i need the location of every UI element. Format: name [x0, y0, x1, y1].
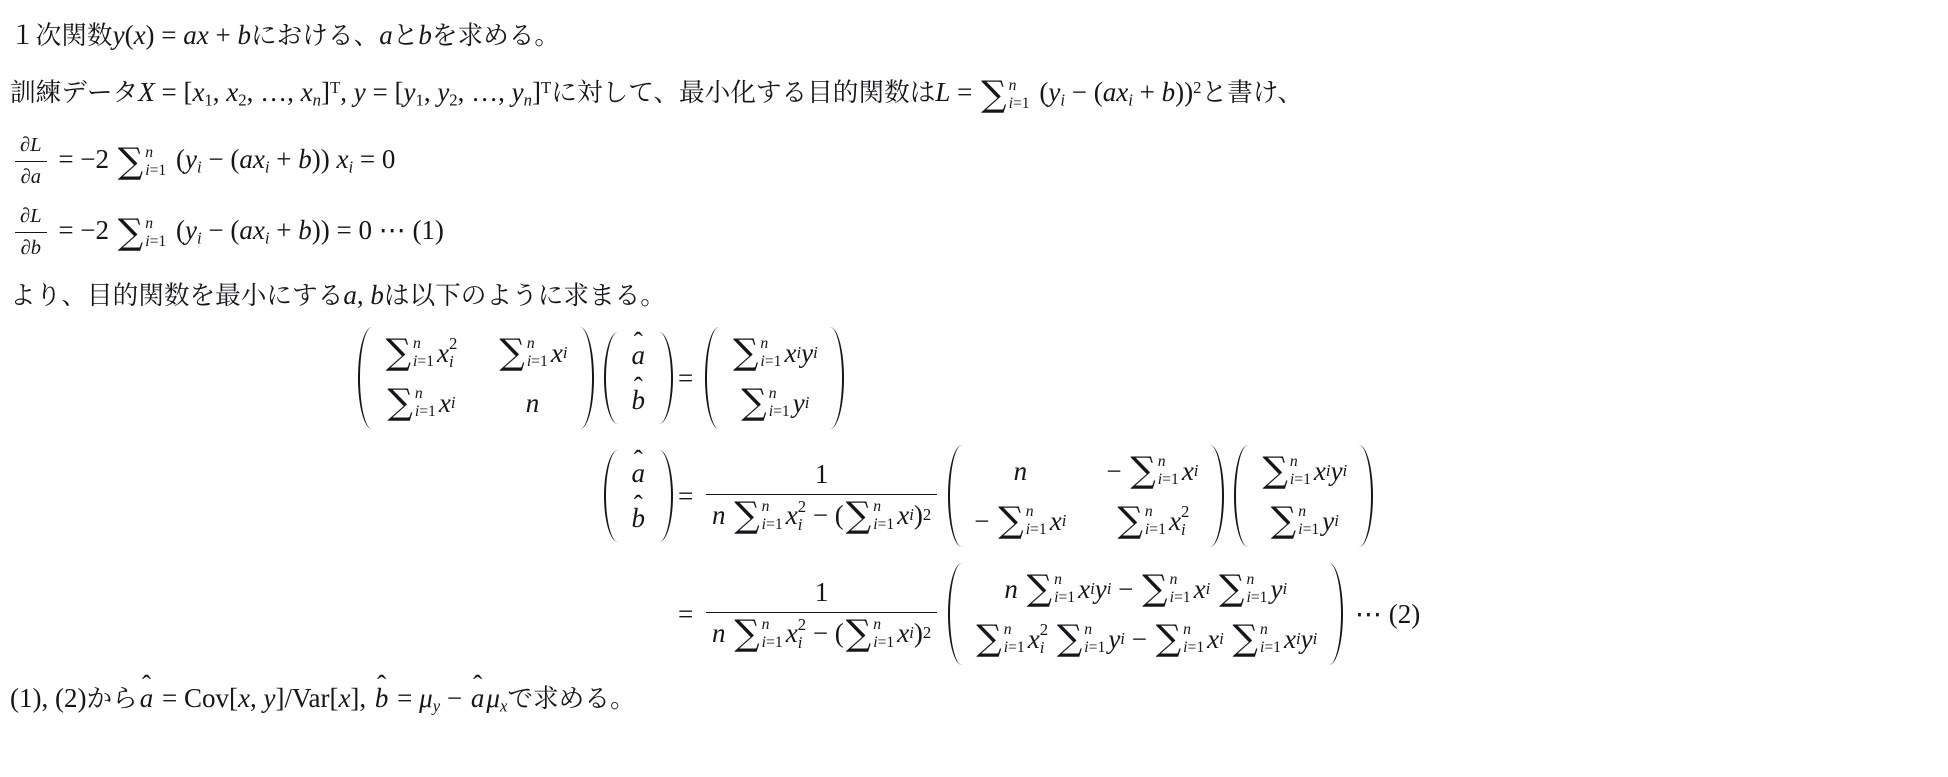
equation-row-inverse-solution: ˆaˆb = 1n ∑ni=1x2i − (∑ni=1xi)2n− ∑ni=1x… — [10, 445, 1928, 547]
column-vector: ˆaˆb — [604, 332, 674, 424]
math-supsub-stack: 2i — [449, 335, 457, 370]
math-roman — [725, 499, 732, 533]
sigma-glyph: ∑ — [1262, 454, 1287, 488]
fraction-denominator: ∂b — [15, 232, 47, 262]
equation-partial-derivative-a: ∂L∂a = −2 ∑ni=1 (yi − (axi + b)) xi = 0 — [10, 133, 1928, 190]
math-variable: x — [786, 617, 798, 651]
sum-index-start: =1 — [1174, 589, 1191, 607]
right-paren — [659, 332, 673, 424]
sum-index-start: =1 — [773, 403, 790, 421]
equation-lhs: ∑ni=1x2i∑ni=1xi∑ni=1xinˆaˆb — [10, 327, 678, 429]
math-variable: x — [1284, 624, 1296, 655]
math-variable: L — [30, 204, 41, 230]
math-variable: y — [113, 20, 125, 50]
matrix-cell: ∑ni=1xi — [497, 335, 567, 371]
math-variable: n — [526, 388, 540, 419]
math-variable: x — [1194, 574, 1206, 605]
math-variable: b — [418, 20, 432, 50]
sum-upper-limit: n — [762, 616, 770, 634]
math-subscript: i — [1181, 521, 1186, 539]
sum-upper-limit: n — [415, 385, 423, 403]
sigma-glyph: ∑ — [734, 617, 759, 651]
math-roman: − ( — [202, 144, 240, 174]
hat-accent: ˆ — [142, 668, 151, 703]
math-subscript: 2 — [238, 91, 246, 110]
sum-lower-limit: i=1 — [1246, 589, 1267, 607]
math-superscript: 2 — [1040, 621, 1048, 639]
math-roman: = [ — [155, 77, 193, 107]
summation-symbol: ∑ni=1 — [118, 215, 166, 251]
math-variable: x — [897, 499, 909, 533]
math-roman: ]/Var[ — [275, 683, 338, 713]
sum-lower-limit: i=1 — [1183, 639, 1204, 657]
sum-upper-limit: n — [1170, 571, 1178, 589]
sum-index-start: =1 — [765, 353, 782, 371]
math-roman: , — [340, 77, 354, 107]
math-roman: = — [678, 363, 700, 394]
math-roman: , …, — [458, 77, 512, 107]
math-variable: y — [185, 144, 197, 174]
right-paren — [580, 327, 594, 429]
fraction-denominator: n ∑ni=1x2i − (∑ni=1xi)2 — [706, 612, 937, 652]
sum-limits: ni=1 — [1183, 621, 1204, 657]
math-roman: − ( — [806, 617, 844, 651]
math-roman — [1224, 624, 1231, 655]
math-roman: = — [678, 599, 700, 630]
math-roman: ] — [321, 77, 330, 107]
matrix-cell: ∑ni=1xiyi — [731, 335, 818, 371]
matrix-grid: ˆaˆb — [618, 450, 660, 542]
math-variable: b — [31, 236, 41, 262]
sum-lower-limit: i=1 — [1145, 521, 1166, 539]
sum-index-start: =1 — [1058, 589, 1075, 607]
sigma-glyph: ∑ — [733, 336, 758, 370]
hat-accent: ˆ — [634, 327, 643, 358]
sum-index-start: =1 — [878, 634, 895, 652]
sum-lower-limit: i=1 — [1158, 471, 1179, 489]
text-run: 訓練データ — [10, 79, 138, 107]
hatted-variable: ˆa — [471, 681, 485, 716]
sum-index-start: =1 — [1149, 521, 1166, 539]
sigma-glyph: ∑ — [387, 386, 412, 420]
math-variable: x — [1169, 506, 1181, 537]
sum-limits: ni=1 — [1290, 453, 1311, 489]
fraction-numerator: 1 — [809, 458, 835, 494]
matrix-grid: ∑ni=1xiyi∑ni=1yi — [1248, 445, 1359, 547]
sum-limits: ni=1 — [1054, 571, 1075, 607]
math-variable: n — [1014, 456, 1028, 487]
sum-limits: ni=1 — [413, 335, 434, 371]
math-notes-document: １次関数y(x) = ax + bにおける、aとbを求める。 訓練データX = … — [0, 0, 1948, 777]
matrix-cell: n — [526, 388, 540, 419]
sum-index-start: =1 — [531, 353, 548, 371]
math-variable: x — [1207, 624, 1219, 655]
sum-lower-limit: i=1 — [145, 233, 166, 251]
fraction-numerator: ∂L — [14, 204, 48, 232]
sum-lower-limit: i=1 — [1026, 521, 1047, 539]
matrix-cell: ∑ni=1yi — [739, 385, 809, 421]
math-subscript: n — [313, 91, 321, 110]
text-run: で求める。 — [507, 685, 635, 713]
math-roman: = — [950, 77, 979, 107]
math-variable: b — [237, 20, 251, 50]
math-variable: y — [354, 77, 366, 107]
sigma-glyph: ∑ — [499, 336, 524, 370]
math-roman: ( — [169, 144, 185, 174]
column-vector: ˆaˆb — [604, 450, 674, 542]
summation-symbol: ∑ni=1 — [976, 621, 1024, 657]
line-transition: より、目的関数を最小にするa, bは以下のように求まる。 — [10, 278, 1928, 313]
math-superscript: T — [330, 78, 340, 97]
math-variable: ax — [239, 144, 264, 174]
math-roman: ∂ — [20, 204, 30, 230]
line-problem-statement: １次関数y(x) = ax + bにおける、aとbを求める。 — [10, 18, 1928, 53]
text-run: １次関数 — [10, 22, 113, 50]
summation-symbol: ∑ni=1 — [733, 335, 781, 371]
summation-symbol: ∑ni=1 — [1027, 571, 1075, 607]
text-run: に対して、最小化する目的関数は — [551, 79, 935, 107]
sum-limits: ni=1 — [1170, 571, 1191, 607]
sum-limits: ni=1 — [527, 335, 548, 371]
math-subscript: i — [798, 634, 803, 652]
left-paren — [705, 327, 719, 429]
matrix-cell: n — [1014, 456, 1028, 487]
math-roman: )) — [312, 144, 337, 174]
summation-symbol: ∑ni=1 — [1156, 621, 1204, 657]
math-variable: y — [793, 388, 805, 419]
sum-upper-limit: n — [1084, 621, 1092, 639]
math-variable: n — [712, 499, 726, 533]
math-variable: ax — [1103, 77, 1128, 107]
matrix-cell: − ∑ni=1xi — [1106, 453, 1198, 489]
text-run: と — [393, 22, 419, 50]
sum-index-start: =1 — [150, 162, 167, 180]
left-paren — [604, 332, 618, 424]
sigma-glyph: ∑ — [1057, 622, 1082, 656]
math-superscript: T — [541, 78, 551, 97]
math-variable: y — [185, 215, 197, 245]
sum-lower-limit: i=1 — [527, 353, 548, 371]
sum-limits: ni=1 — [1009, 77, 1030, 113]
math-subscript: 1 — [204, 91, 212, 110]
left-paren — [604, 450, 618, 542]
sum-index-start: =1 — [1030, 521, 1047, 539]
math-variable: x — [301, 77, 313, 107]
sigma-glyph: ∑ — [118, 145, 143, 179]
math-roman: ⋯ (2) — [1348, 599, 1420, 630]
sum-limits: ni=1 — [1298, 503, 1319, 539]
sum-lower-limit: i=1 — [1084, 639, 1105, 657]
sigma-glyph: ∑ — [1142, 572, 1167, 606]
equation-rhs: = ∑ni=1xiyi∑ni=1yi — [678, 327, 849, 429]
math-variable: x — [226, 77, 238, 107]
sigma-glyph: ∑ — [846, 617, 871, 651]
math-variable: x — [1182, 456, 1194, 487]
sigma-glyph: ∑ — [1027, 572, 1052, 606]
sum-limits: ni=1 — [1004, 621, 1025, 657]
math-superscript: 2 — [1181, 503, 1189, 521]
math-roman: , — [213, 77, 227, 107]
sum-index-start: =1 — [419, 403, 436, 421]
sum-index-start: =1 — [1303, 521, 1320, 539]
sum-lower-limit: i=1 — [762, 516, 783, 534]
right-paren — [1359, 445, 1373, 547]
sigma-glyph: ∑ — [1219, 572, 1244, 606]
math-variable: ax — [183, 20, 208, 50]
sum-upper-limit: n — [762, 498, 770, 516]
matrix-cell: n ∑ni=1xiyi − ∑ni=1xi ∑ni=1yi — [1004, 571, 1287, 607]
sum-upper-limit: n — [1260, 621, 1268, 639]
math-roman: ∂ — [20, 133, 30, 159]
math-roman — [1210, 574, 1217, 605]
sum-lower-limit: i=1 — [873, 634, 894, 652]
sum-limits: ni=1 — [1145, 503, 1166, 539]
math-variable: a — [31, 165, 41, 191]
math-roman: ) = — [146, 20, 184, 50]
sum-limits: ni=1 — [1260, 621, 1281, 657]
math-roman: 1 — [815, 576, 829, 610]
math-superscript: 2 — [798, 498, 806, 516]
sigma-glyph: ∑ — [998, 504, 1023, 538]
text-run: から — [86, 685, 137, 713]
math-subscript: i — [1194, 461, 1199, 481]
math-variable: x — [134, 20, 146, 50]
math-variable: x — [439, 388, 451, 419]
math-roman: ) — [914, 617, 923, 651]
sigma-glyph: ∑ — [1117, 504, 1142, 538]
sum-limits: ni=1 — [762, 616, 783, 652]
sum-upper-limit: n — [873, 498, 881, 516]
hatted-variable: ˆa — [140, 681, 154, 716]
summation-symbol: ∑ni=1 — [741, 385, 789, 421]
summation-symbol: ∑ni=1 — [846, 616, 894, 652]
sum-index-start: =1 — [1162, 471, 1179, 489]
math-roman: , — [424, 77, 438, 107]
math-variable: y — [512, 77, 524, 107]
sum-upper-limit: n — [527, 335, 535, 353]
sum-lower-limit: i=1 — [1009, 95, 1030, 113]
math-roman: − — [1125, 624, 1154, 655]
math-roman: − — [974, 506, 996, 537]
sigma-glyph: ∑ — [741, 386, 766, 420]
matrix: ∑ni=1x2i∑ni=1xi∑ni=1xin — [358, 327, 594, 429]
matrix-cell: ∑ni=1xiyi — [1260, 453, 1347, 489]
math-roman: = [ — [366, 77, 404, 107]
math-roman — [1048, 624, 1055, 655]
sum-limits: ni=1 — [415, 385, 436, 421]
math-subscript: i — [1040, 639, 1045, 657]
sigma-glyph: ∑ — [981, 78, 1006, 112]
sigma-glyph: ∑ — [1271, 504, 1296, 538]
math-roman: + — [270, 144, 299, 174]
right-paren — [830, 327, 844, 429]
matrix-grid: ˆaˆb — [618, 332, 660, 424]
math-roman: − — [1106, 456, 1128, 487]
math-roman: ( — [125, 20, 134, 50]
math-roman: )) — [1175, 77, 1193, 107]
right-paren — [1210, 445, 1224, 547]
summation-symbol: ∑ni=1 — [1142, 571, 1190, 607]
math-variable: x — [336, 144, 348, 174]
equation-rhs: = 1n ∑ni=1x2i − (∑ni=1xi)2n− ∑ni=1xi− ∑n… — [678, 445, 1378, 547]
summation-symbol: ∑ni=1 — [386, 335, 434, 371]
sum-upper-limit: n — [760, 335, 768, 353]
sum-limits: ni=1 — [1084, 621, 1105, 657]
math-subscript: i — [1343, 461, 1348, 481]
math-variable: y — [403, 77, 415, 107]
math-supsub-stack: 2i — [1181, 503, 1189, 538]
sum-limits: ni=1 — [145, 215, 166, 251]
fraction-denominator: ∂a — [15, 161, 47, 191]
math-roman: ], — [350, 683, 373, 713]
sum-limits: ni=1 — [762, 498, 783, 534]
math-variable: y — [1331, 456, 1343, 487]
math-variable: y — [1108, 624, 1120, 655]
column-vector: ∑ni=1xiyi∑ni=1yi — [705, 327, 844, 429]
sum-limits: ni=1 — [1158, 453, 1179, 489]
sum-index-start: =1 — [1089, 639, 1106, 657]
math-subscript: i — [1282, 579, 1287, 599]
sum-index-start: =1 — [1187, 639, 1204, 657]
math-roman: − ( — [806, 499, 844, 533]
sum-upper-limit: n — [1246, 571, 1254, 589]
summation-symbol: ∑ni=1 — [734, 498, 782, 534]
math-variable: y — [801, 338, 813, 369]
matrix-cell: ˆb — [630, 503, 648, 534]
math-subscript: i — [451, 393, 456, 413]
matrix-cell: − ∑ni=1xi — [974, 503, 1066, 539]
sum-index-start: =1 — [1013, 95, 1030, 113]
math-variable: x — [1314, 456, 1326, 487]
summation-symbol: ∑ni=1 — [1271, 503, 1319, 539]
sum-upper-limit: n — [1183, 621, 1191, 639]
summation-symbol: ∑ni=1 — [846, 498, 894, 534]
math-roman: (1), (2) — [10, 683, 86, 713]
sum-upper-limit: n — [1054, 571, 1062, 589]
sum-lower-limit: i=1 — [873, 516, 894, 534]
math-subscript: i — [449, 353, 454, 371]
math-subscript: i — [805, 393, 810, 413]
math-variable: μ — [486, 683, 500, 713]
sum-limits: ni=1 — [145, 144, 166, 180]
left-paren — [948, 445, 962, 547]
math-variable: y — [437, 77, 449, 107]
equation-row-normal-equations: ∑ni=1x2i∑ni=1xi∑ni=1xinˆaˆb = ∑ni=1xiyi∑… — [10, 327, 1928, 429]
sum-limits: ni=1 — [1026, 503, 1047, 539]
math-roman: , — [357, 280, 371, 310]
math-roman — [1018, 574, 1025, 605]
math-subscript: i — [1313, 629, 1318, 649]
math-variable: x — [1050, 506, 1062, 537]
equation-rhs: = 1n ∑ni=1x2i − (∑ni=1xi)2n ∑ni=1xiyi − … — [678, 563, 1420, 665]
math-subscript: 1 — [415, 91, 423, 110]
text-run: より、目的関数を最小にする — [10, 282, 343, 310]
sum-lower-limit: i=1 — [1170, 589, 1191, 607]
math-variable: μ — [419, 683, 433, 713]
text-run: と書け、 — [1201, 79, 1303, 107]
matrix-cell: ∑ni=1x2i — [384, 335, 458, 371]
matrix-grid: ∑ni=1x2i∑ni=1xi∑ni=1xin — [372, 327, 580, 429]
math-roman: = Cov[ — [155, 683, 238, 713]
math-roman: = — [678, 481, 700, 512]
math-variable: L — [935, 77, 950, 107]
summation-symbol: ∑ni=1 — [499, 335, 547, 371]
sum-lower-limit: i=1 — [769, 403, 790, 421]
math-variable: x — [551, 338, 563, 369]
math-variable: a — [379, 20, 393, 50]
math-roman: − ( — [1065, 77, 1103, 107]
math-roman: = −2 — [52, 144, 116, 174]
summation-symbol: ∑ni=1 — [118, 144, 166, 180]
fraction-numerator: ∂L — [14, 133, 48, 161]
summation-symbol: ∑ni=1 — [387, 385, 435, 421]
sum-upper-limit: n — [145, 144, 153, 162]
math-variable: y — [1301, 624, 1313, 655]
sigma-glyph: ∑ — [1130, 454, 1155, 488]
matrix-cell: ∑ni=1x2i ∑ni=1yi − ∑ni=1xi ∑ni=1xiyi — [974, 621, 1317, 657]
hat-accent: ˆ — [634, 445, 643, 476]
sum-lower-limit: i=1 — [415, 403, 436, 421]
sum-index-start: =1 — [1294, 471, 1311, 489]
sum-upper-limit: n — [873, 616, 881, 634]
math-superscript: 2 — [923, 623, 931, 644]
sum-lower-limit: i=1 — [1004, 639, 1025, 657]
hat-accent: ˆ — [473, 668, 482, 703]
summation-symbol: ∑ni=1 — [981, 77, 1029, 113]
summation-symbol: ∑ni=1 — [1130, 453, 1178, 489]
hatted-variable: ˆb — [375, 681, 389, 716]
math-subscript: i — [813, 343, 818, 363]
matrix-cell: ˆb — [630, 385, 648, 416]
matrix-grid: n− ∑ni=1xi− ∑ni=1xi∑ni=1x2i — [962, 445, 1210, 547]
sum-upper-limit: n — [1158, 453, 1166, 471]
math-variable: a — [343, 280, 357, 310]
sigma-glyph: ∑ — [734, 499, 759, 533]
math-variable: X — [138, 77, 155, 107]
math-subscript: 2 — [449, 91, 457, 110]
math-roman: − — [440, 683, 469, 713]
hatted-variable: ˆb — [632, 385, 646, 416]
math-roman: = 0 — [353, 144, 395, 174]
summation-symbol: ∑ni=1 — [1233, 621, 1281, 657]
text-run: における、 — [251, 22, 379, 50]
sum-upper-limit: n — [1298, 503, 1306, 521]
matrix: n− ∑ni=1xi− ∑ni=1xi∑ni=1x2i — [948, 445, 1224, 547]
math-roman: + — [270, 215, 299, 245]
math-roman: + — [209, 20, 238, 50]
left-paren — [1234, 445, 1248, 547]
hat-accent: ˆ — [634, 372, 643, 403]
math-supsub-stack: 2i — [798, 498, 806, 533]
math-variable: y — [263, 683, 275, 713]
fraction: ∂L∂a — [14, 133, 48, 190]
summation-symbol: ∑ni=1 — [734, 616, 782, 652]
math-roman: , …, — [247, 77, 301, 107]
matrix-grid: n ∑ni=1xiyi − ∑ni=1xi ∑ni=1yi∑ni=1x2i ∑n… — [962, 563, 1329, 665]
math-supsub-stack: 2i — [1040, 621, 1048, 656]
math-roman: ∂ — [21, 236, 31, 262]
math-variable: L — [30, 133, 41, 159]
sum-limits: ni=1 — [760, 335, 781, 371]
fraction: ∂L∂b — [14, 204, 48, 261]
sum-index-start: =1 — [417, 353, 434, 371]
column-vector: n ∑ni=1xiyi − ∑ni=1xi ∑ni=1yi∑ni=1x2i ∑n… — [948, 563, 1343, 665]
math-variable: x — [784, 338, 796, 369]
hatted-variable: ˆb — [632, 503, 646, 534]
aligned-equation-block: ∑ni=1x2i∑ni=1xi∑ni=1xinˆaˆb = ∑ni=1xiyi∑… — [10, 327, 1928, 665]
sum-upper-limit: n — [1009, 77, 1017, 95]
math-variable: y — [1095, 574, 1107, 605]
